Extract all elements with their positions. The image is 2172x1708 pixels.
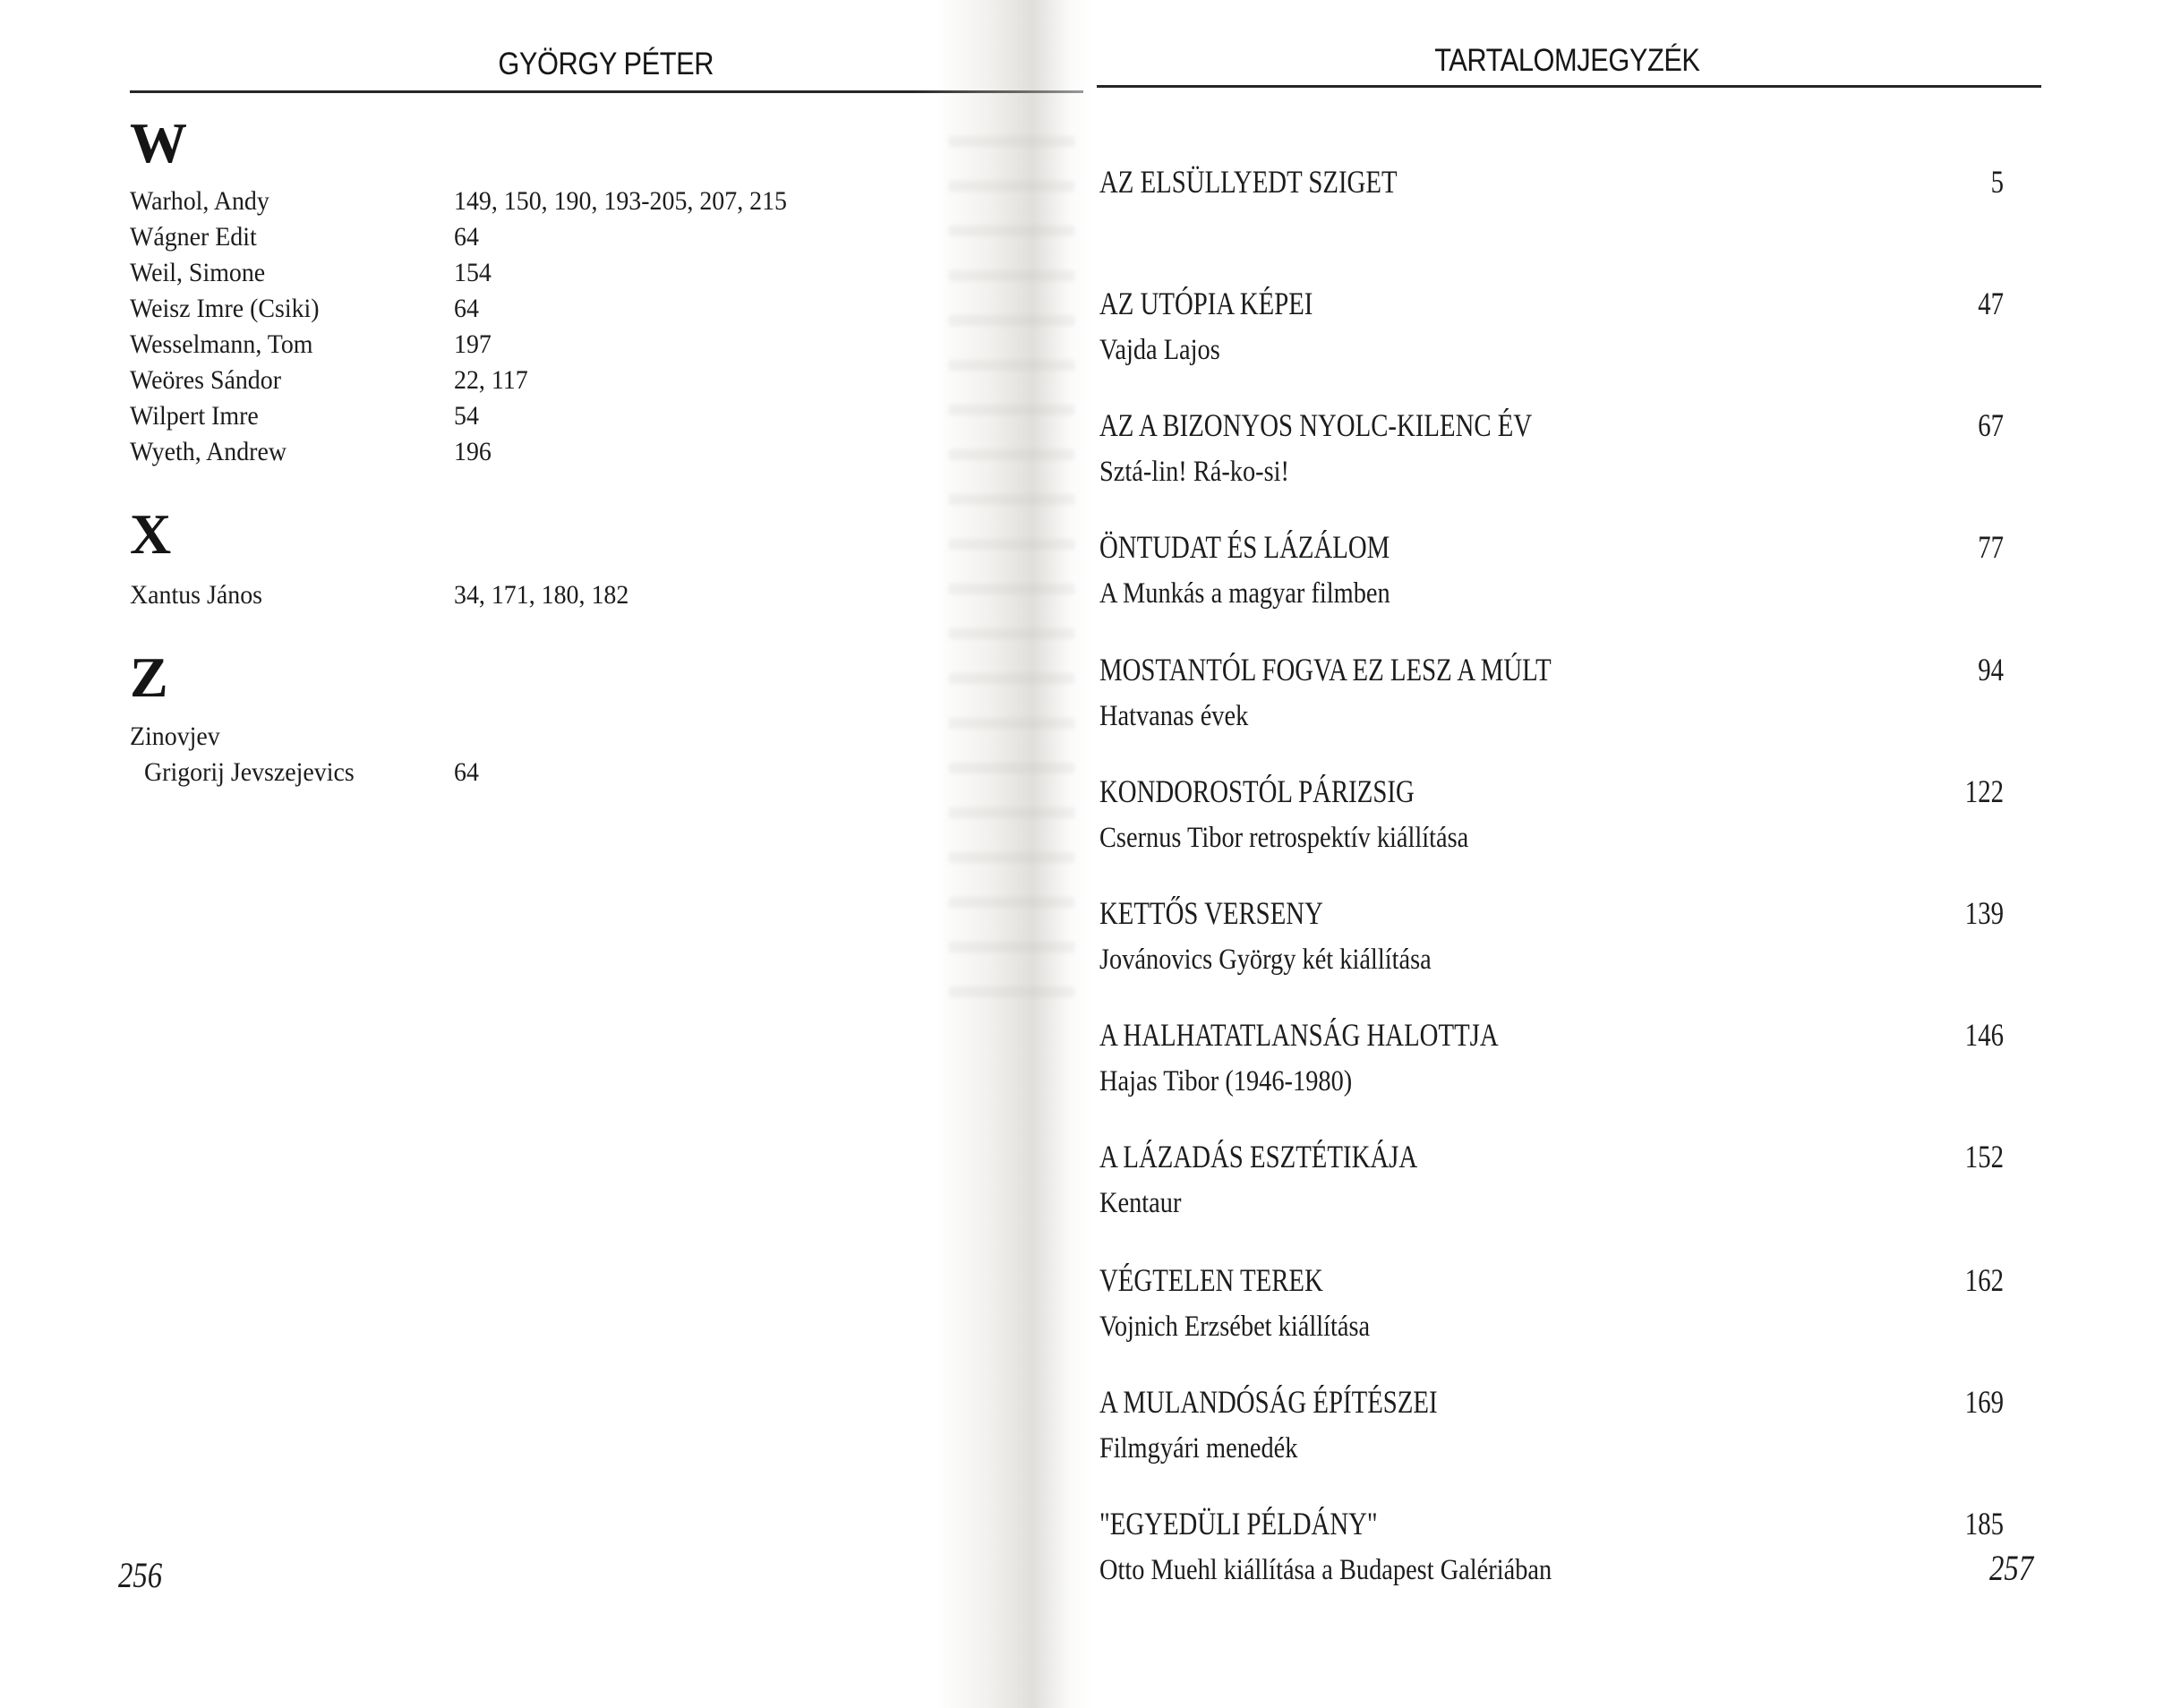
toc-entry-page: 146 bbox=[1965, 1019, 2004, 1051]
toc-entry-subtitle: Hatvanas évek bbox=[1099, 702, 1877, 731]
left-header-rule bbox=[130, 90, 1083, 93]
right-running-head: TARTALOMJEGYZÉK bbox=[1434, 43, 1699, 79]
toc-entry: MOSTANTÓL FOGVA EZ LESZ A MÚLT94Hatvanas… bbox=[1099, 653, 2004, 731]
index-entry-name: Weöres Sándor bbox=[130, 367, 281, 394]
index-entry-name: Wyeth, Andrew bbox=[130, 439, 286, 465]
toc-entry-page: 122 bbox=[1965, 775, 2004, 807]
toc-entry-page: 67 bbox=[1978, 409, 2004, 441]
toc-entry: VÉGTELEN TEREK162Vojnich Erzsébet kiállí… bbox=[1099, 1264, 2004, 1342]
toc-entry-page: 169 bbox=[1965, 1386, 2004, 1418]
toc-entry-subtitle: Vojnich Erzsébet kiállítása bbox=[1099, 1312, 1877, 1342]
toc-entry: "EGYEDÜLI PÉLDÁNY"185Otto Muehl kiállítá… bbox=[1099, 1507, 2004, 1585]
right-page-number: 257 bbox=[1989, 1550, 2033, 1586]
toc-entry: AZ ELSÜLLYEDT SZIGET5 bbox=[1099, 166, 2004, 198]
toc-entry-title: AZ A BIZONYOS NYOLC-KILENC ÉV bbox=[1099, 409, 1532, 441]
toc-entry: A MULANDÓSÁG ÉPÍTÉSZEI169Filmgyári mened… bbox=[1099, 1386, 2004, 1464]
index-entry-pages: 197 bbox=[454, 331, 492, 358]
toc-entry: A HALHATATLANSÁG HALOTTJA146Hajas Tibor … bbox=[1099, 1019, 2004, 1097]
index-entry-pages: 34, 171, 180, 182 bbox=[454, 582, 629, 609]
toc-entry: A LÁZADÁS ESZTÉTIKÁJA152Kentaur bbox=[1099, 1140, 2004, 1218]
toc-entry-page: 152 bbox=[1965, 1140, 2004, 1173]
toc-entry: KETTŐS VERSENY139Jovánovics György két k… bbox=[1099, 897, 2004, 975]
index-entry-pages: 64 bbox=[454, 759, 479, 786]
index-entry-name: Wilpert Imre bbox=[130, 403, 259, 430]
index-entry-name: Weisz Imre (Csiki) bbox=[130, 295, 320, 322]
index-entry-pages: 154 bbox=[454, 260, 492, 286]
toc-entry-title: A LÁZADÁS ESZTÉTIKÁJA bbox=[1099, 1140, 1417, 1173]
index-entry-name: Grigorij Jevszejevics bbox=[144, 759, 355, 786]
toc-entry-subtitle: Jovánovics György két kiállítása bbox=[1099, 945, 1877, 975]
right-header-rule bbox=[1097, 85, 2041, 88]
index-entry-pages: 22, 117 bbox=[454, 367, 528, 394]
toc-entry-title: "EGYEDÜLI PÉLDÁNY" bbox=[1099, 1507, 1378, 1540]
toc-entry-page: 162 bbox=[1965, 1264, 2004, 1296]
toc-entry-page: 47 bbox=[1978, 287, 2004, 320]
toc-entry-title: ÖNTUDAT ÉS LÁZÁLOM bbox=[1099, 531, 1390, 563]
index-entry-pages: 149, 150, 190, 193-205, 207, 215 bbox=[454, 188, 787, 215]
toc-entry-subtitle: Kentaur bbox=[1099, 1189, 1877, 1218]
toc-entry-subtitle: Otto Muehl kiállítása a Budapest Galériá… bbox=[1099, 1556, 1877, 1585]
toc-entry-title: A HALHATATLANSÁG HALOTTJA bbox=[1099, 1019, 1499, 1051]
toc-entry-title: VÉGTELEN TEREK bbox=[1099, 1264, 1323, 1296]
index-entry-name: Wágner Edit bbox=[130, 224, 257, 251]
toc-entry-title: KETTŐS VERSENY bbox=[1099, 897, 1323, 929]
toc-entry-subtitle: Csernus Tibor retrospektív kiállítása bbox=[1099, 824, 1877, 853]
index-entry-name: Warhol, Andy bbox=[130, 188, 269, 215]
toc-entry-title: MOSTANTÓL FOGVA EZ LESZ A MÚLT bbox=[1099, 653, 1552, 686]
toc-entry-title: KONDOROSTÓL PÁRIZSIG bbox=[1099, 775, 1415, 807]
toc-entry-subtitle: Vajda Lajos bbox=[1099, 336, 1877, 365]
toc-entry-page: 139 bbox=[1965, 897, 2004, 929]
index-letter-z: Z bbox=[130, 649, 168, 706]
left-running-head: GYÖRGY PÉTER bbox=[498, 47, 714, 82]
toc-entry-subtitle: A Munkás a magyar filmben bbox=[1099, 579, 1877, 609]
index-letter-w: W bbox=[130, 115, 187, 172]
toc-entry-subtitle: Filmgyári menedék bbox=[1099, 1434, 1877, 1464]
toc-entry-subtitle: Hajas Tibor (1946-1980) bbox=[1099, 1067, 1877, 1097]
toc-entry-page: 185 bbox=[1965, 1507, 2004, 1540]
index-entry-pages: 196 bbox=[454, 439, 492, 465]
toc-entry-title: AZ UTÓPIA KÉPEI bbox=[1099, 287, 1313, 320]
index-entry-pages: 64 bbox=[454, 295, 479, 322]
index-entry-pages: 64 bbox=[454, 224, 479, 251]
index-entry-name: Weil, Simone bbox=[130, 260, 265, 286]
toc-entry-title: A MULANDÓSÁG ÉPÍTÉSZEI bbox=[1099, 1386, 1438, 1418]
toc-entry: KONDOROSTÓL PÁRIZSIG122Csernus Tibor ret… bbox=[1099, 775, 2004, 853]
toc-entry: ÖNTUDAT ÉS LÁZÁLOM77A Munkás a magyar fi… bbox=[1099, 531, 2004, 609]
index-entry-name: Xantus János bbox=[130, 582, 262, 609]
toc-entry-title: AZ ELSÜLLYEDT SZIGET bbox=[1099, 166, 1398, 198]
left-page-number: 256 bbox=[118, 1558, 162, 1593]
index-letter-x: X bbox=[130, 506, 171, 563]
book-spread: GYÖRGY PÉTER W Warhol, Andy 149, 150, 19… bbox=[0, 0, 2172, 1708]
toc-entry-page: 94 bbox=[1978, 653, 2004, 686]
show-through-text bbox=[949, 116, 1074, 1012]
toc-entry-page: 5 bbox=[1991, 166, 2004, 198]
toc-entry-subtitle: Sztá-lin! Rá-ko-si! bbox=[1099, 457, 1877, 487]
index-entry-name: Zinovjev bbox=[130, 723, 220, 750]
index-entry-name: Wesselmann, Tom bbox=[130, 331, 313, 358]
toc-entry: AZ UTÓPIA KÉPEI47Vajda Lajos bbox=[1099, 287, 2004, 365]
index-entry-pages: 54 bbox=[454, 403, 479, 430]
toc-entry: AZ A BIZONYOS NYOLC-KILENC ÉV67Sztá-lin!… bbox=[1099, 409, 2004, 487]
toc-entry-page: 77 bbox=[1978, 531, 2004, 563]
